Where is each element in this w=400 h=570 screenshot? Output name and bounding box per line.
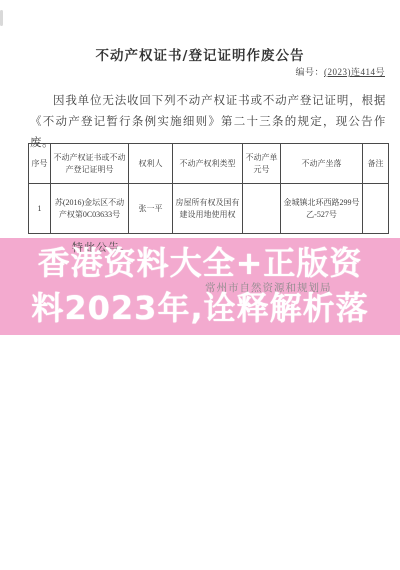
doc-number-value: (2023)连414号 [324,67,385,77]
table-header-row: 序号 不动产权证书或不动产登记证明号 权利人 不动产权利类型 不动产单元号 不动… [29,144,389,184]
table-cell-unit-no [243,184,281,234]
overlay-headline-line1: 香港资料大全+正版资 [0,247,400,279]
scan-artifact [0,10,3,26]
table-cell-right-type: 房屋所有权及国有建设用地使用权 [173,184,243,234]
doc-number-label: 编号： [295,67,324,77]
table-header-cell: 不动产单元号 [243,144,281,184]
table-header-cell: 序号 [29,144,51,184]
overlay-banner: 特此公告。 常州市自然资源和规划局 香港资料大全+正版资 料2023年,诠释解析… [0,238,400,335]
table-cell-holder: 张一平 [129,184,173,234]
table-cell-remark [363,184,389,234]
document-page: 不动产权证书/登记证明作废公告 编号：(2023)连414号 因我单位无法收回下… [0,0,400,570]
table-cell-location: 金城镇北环西路299号乙-527号 [281,184,363,234]
table-header-cell: 权利人 [129,144,173,184]
certificate-table: 序号 不动产权证书或不动产登记证明号 权利人 不动产权利类型 不动产单元号 不动… [28,143,389,234]
overlay-headline-line2: 料2023年,诠释解析落 [0,292,400,324]
doc-number: 编号：(2023)连414号 [0,65,385,78]
table-header-cell: 不动产权证书或不动产登记证明号 [51,144,129,184]
page-title: 不动产权证书/登记证明作废公告 [0,44,400,64]
table-header-cell: 不动产权利类型 [173,144,243,184]
table-header-cell: 备注 [363,144,389,184]
table-row: 1 苏(2016)金坛区不动产权第0C03633号 张一平 房屋所有权及国有建设… [29,184,389,234]
table-cell-seq: 1 [29,184,51,234]
table-header-cell: 不动产坐落 [281,144,363,184]
table-cell-cert-no: 苏(2016)金坛区不动产权第0C03633号 [51,184,129,234]
